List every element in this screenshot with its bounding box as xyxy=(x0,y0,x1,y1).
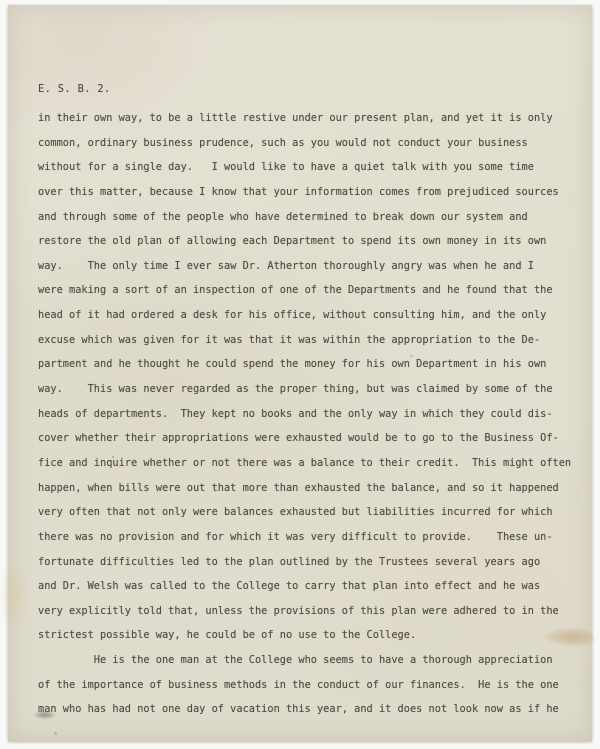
typed-line: very often that not only were balances e… xyxy=(38,500,586,525)
paper-speck xyxy=(54,732,57,735)
typed-line: fortunate difficulties led to the plan o… xyxy=(38,550,586,575)
typed-line: partment and he thought he could spend t… xyxy=(38,352,586,377)
typed-line: way. The only time I ever saw Dr. Athert… xyxy=(38,254,586,279)
typed-line: excuse which was given for it was that i… xyxy=(38,328,586,353)
typed-line: He is the one man at the College who see… xyxy=(38,648,586,673)
typed-line: and through some of the people who have … xyxy=(38,205,586,230)
typed-line: over this matter, because I know that yo… xyxy=(38,180,586,205)
page-label: E. S. B. 2. xyxy=(38,82,111,96)
letter-page: E. S. B. 2. in their own way, to be a li… xyxy=(8,5,592,741)
typed-line: cover whether their appropriations were … xyxy=(38,426,586,451)
letter-body: in their own way, to be a little restive… xyxy=(38,106,586,722)
paper-speck xyxy=(410,355,413,357)
typed-line: in their own way, to be a little restive… xyxy=(38,106,586,131)
typed-line: restore the old plan of allowing each De… xyxy=(38,229,586,254)
typed-line: and Dr. Welsh was called to the College … xyxy=(38,574,586,599)
paper-speck xyxy=(112,456,114,458)
typed-line: there was no provision and for which it … xyxy=(38,525,586,550)
typed-line: of the importance of business methods in… xyxy=(38,673,586,698)
typed-line: man who has had not one day of vacation … xyxy=(38,697,586,722)
typed-line: were making a sort of an inspection of o… xyxy=(38,278,586,303)
typed-line: head of it had ordered a desk for his of… xyxy=(38,303,586,328)
typed-line: way. This was never regarded as the prop… xyxy=(38,377,586,402)
ink-smudge xyxy=(35,711,59,719)
typed-line: common, ordinary business prudence, such… xyxy=(38,131,586,156)
typed-line: happen, when bills were out that more th… xyxy=(38,476,586,501)
typed-line: fice and inquire whether or not there wa… xyxy=(38,451,586,476)
typed-line: very explicitly told that, unless the pr… xyxy=(38,599,586,624)
stain-left-edge xyxy=(4,550,32,640)
typed-line: heads of departments. They kept no books… xyxy=(38,402,586,427)
typed-line: without for a single day. I would like t… xyxy=(38,155,586,180)
typed-line: strictest possible way, he could be of n… xyxy=(38,623,586,648)
scanned-letter: E. S. B. 2. in their own way, to be a li… xyxy=(0,0,600,749)
